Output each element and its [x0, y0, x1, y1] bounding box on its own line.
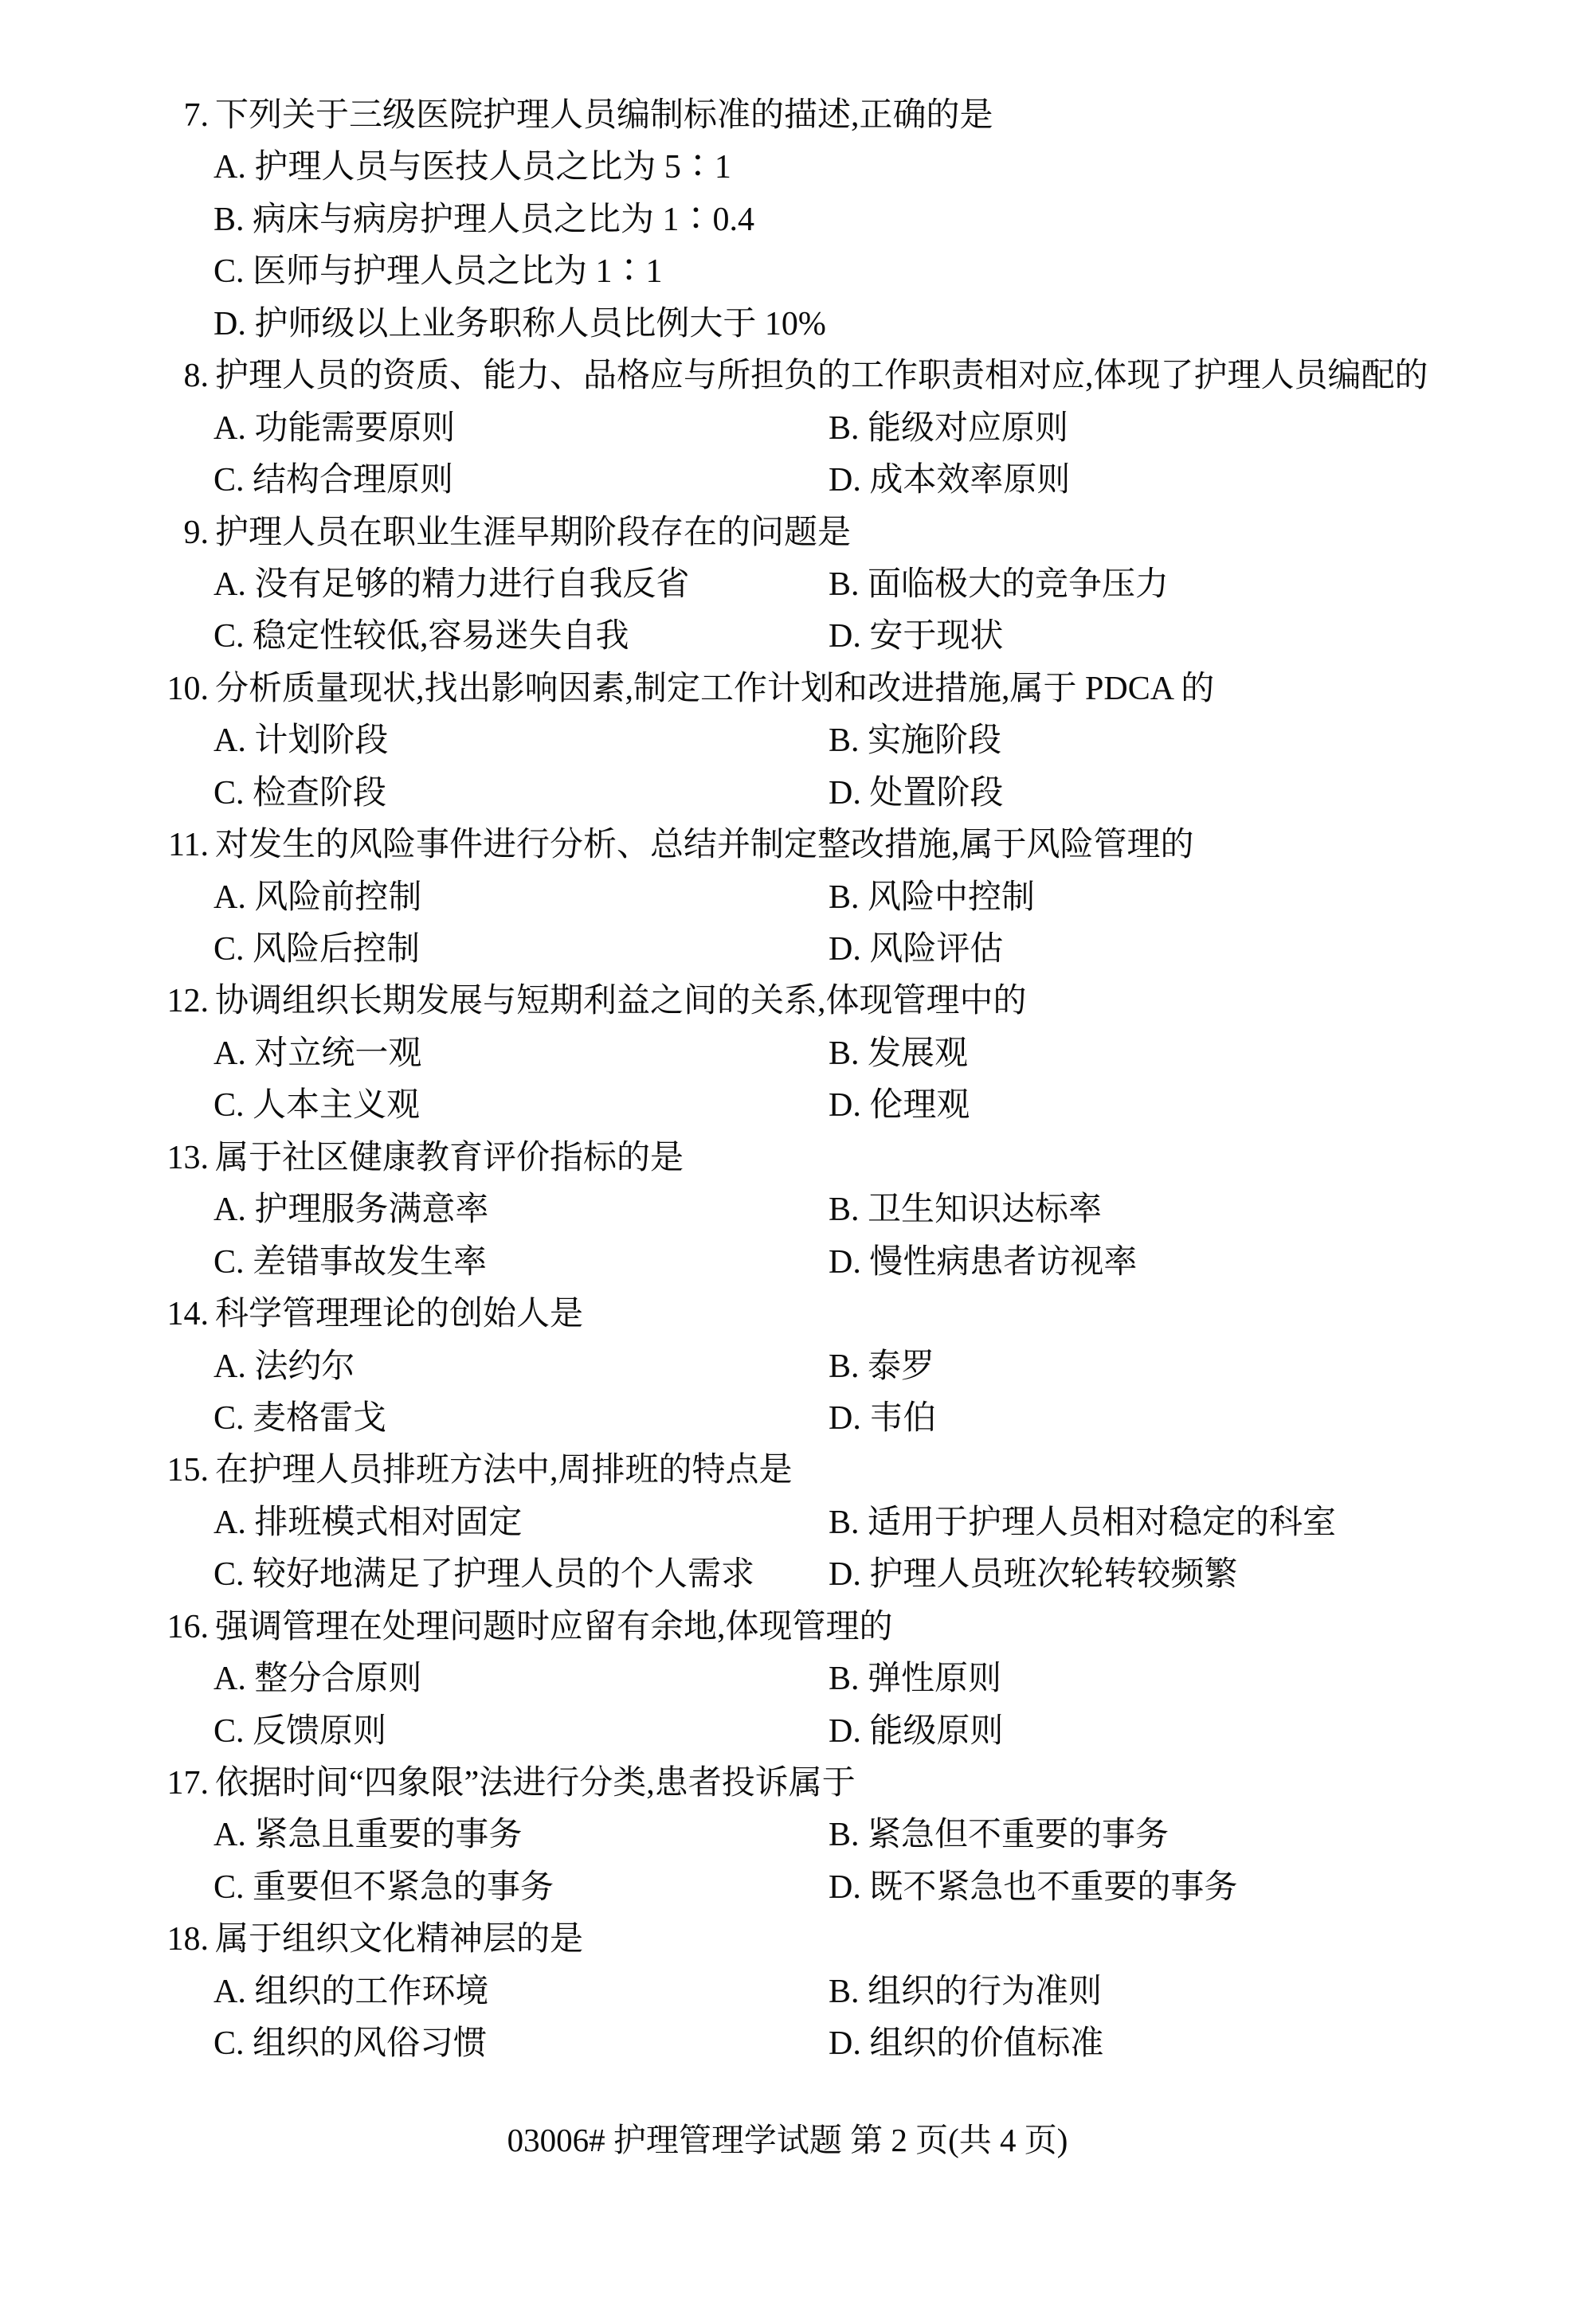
- question-15: 15. 在护理人员排班方法中,周排班的特点是: [0, 1450, 1575, 1502]
- option-text: A. 护理人员与医技人员之比为 5∶1: [214, 149, 731, 186]
- question-9-options-ab: A. 没有足够的精力进行自我反省 B. 面临极大的竞争压力: [0, 565, 1575, 616]
- question-13-options-cd: C. 差错事故发生率 D. 慢性病患者访视率: [0, 1242, 1575, 1294]
- option-text: A. 功能需要原则: [214, 409, 829, 460]
- option-text: A. 风险前控制: [214, 878, 829, 929]
- option-text: B. 面临极大的竞争压力: [829, 565, 1169, 616]
- question-17-options-cd: C. 重要但不紧急的事务 D. 既不紧急也不重要的事务: [0, 1868, 1575, 1919]
- option-text: D. 组织的价值标准: [829, 2024, 1103, 2076]
- question-8-options-ab: A. 功能需要原则 B. 能级对应原则: [0, 409, 1575, 460]
- option-text: C. 重要但不紧急的事务: [214, 1868, 829, 1919]
- question-14-options-cd: C. 麦格雷戈 D. 韦伯: [0, 1399, 1575, 1450]
- option-text: C. 麦格雷戈: [214, 1399, 829, 1450]
- question-11: 11. 对发生的风险事件进行分析、总结并制定整改措施,属于风险管理的: [0, 825, 1575, 877]
- question-13-number: 13.: [0, 1138, 209, 1190]
- option-text: D. 安于现状: [829, 616, 1003, 668]
- option-text: D. 成本效率原则: [829, 460, 1070, 512]
- question-18-options-cd: C. 组织的风俗习惯 D. 组织的价值标准: [0, 2024, 1575, 2076]
- option-text: B. 风险中控制: [829, 878, 1035, 929]
- question-18: 18. 属于组织文化精神层的是: [0, 1919, 1575, 1971]
- option-text: B. 泰罗: [829, 1347, 934, 1399]
- option-text: C. 结构合理原则: [214, 460, 829, 512]
- option-text: C. 检查阶段: [214, 773, 829, 825]
- option-text: A. 法约尔: [214, 1347, 829, 1399]
- option-text: D. 风险评估: [829, 929, 1003, 981]
- question-7-option-b: B. 病床与病房护理人员之比为 1∶0.4: [0, 200, 1575, 252]
- option-text: C. 稳定性较低,容易迷失自我: [214, 616, 829, 668]
- option-text: D. 既不紧急也不重要的事务: [829, 1868, 1237, 1919]
- question-12-number: 12.: [0, 981, 209, 1033]
- option-text: B. 紧急但不重要的事务: [829, 1815, 1169, 1867]
- question-17: 17. 依据时间“四象限”法进行分类,患者投诉属于: [0, 1763, 1575, 1815]
- question-10: 10. 分析质量现状,找出影响因素,制定工作计划和改进措施,属于 PDCA 的: [0, 669, 1575, 721]
- question-17-number: 17.: [0, 1763, 209, 1815]
- exam-paper-page: 7. 下列关于三级医院护理人员编制标准的描述,正确的是 A. 护理人员与医技人员…: [0, 0, 1575, 2324]
- question-16-number: 16.: [0, 1607, 209, 1659]
- question-16-options-ab: A. 整分合原则 B. 弹性原则: [0, 1659, 1575, 1711]
- question-12-stem: 协调组织长期发展与短期利益之间的关系,体现管理中的: [215, 981, 1027, 1033]
- question-7-option-d: D. 护师级以上业务职称人员比例大于 10%: [0, 304, 1575, 356]
- question-7-stem: 下列关于三级医院护理人员编制标准的描述,正确的是: [215, 96, 993, 147]
- question-13-options-ab: A. 护理服务满意率 B. 卫生知识达标率: [0, 1190, 1575, 1242]
- option-text: B. 病床与病房护理人员之比为 1∶0.4: [214, 201, 754, 238]
- option-text: A. 整分合原则: [214, 1659, 829, 1711]
- question-8-number: 8.: [0, 356, 209, 408]
- question-18-stem: 属于组织文化精神层的是: [215, 1919, 583, 1971]
- option-text: A. 护理服务满意率: [214, 1190, 829, 1242]
- option-text: B. 能级对应原则: [829, 409, 1068, 460]
- question-14-stem: 科学管理理论的创始人是: [215, 1294, 583, 1346]
- question-7: 7. 下列关于三级医院护理人员编制标准的描述,正确的是: [0, 96, 1575, 147]
- option-text: D. 伦理观: [829, 1086, 970, 1137]
- question-9-number: 9.: [0, 513, 209, 565]
- option-text: B. 实施阶段: [829, 721, 1001, 773]
- question-12: 12. 协调组织长期发展与短期利益之间的关系,体现管理中的: [0, 981, 1575, 1033]
- option-text: C. 人本主义观: [214, 1086, 829, 1137]
- question-11-number: 11.: [0, 825, 209, 877]
- question-18-options-ab: A. 组织的工作环境 B. 组织的行为准则: [0, 1972, 1575, 2024]
- question-15-options-ab: A. 排班模式相对固定 B. 适用于护理人员相对稳定的科室: [0, 1503, 1575, 1555]
- option-text: C. 较好地满足了护理人员的个人需求: [214, 1555, 829, 1606]
- question-12-options-ab: A. 对立统一观 B. 发展观: [0, 1034, 1575, 1086]
- option-text: D. 慢性病患者访视率: [829, 1242, 1137, 1294]
- question-16: 16. 强调管理在处理问题时应留有余地,体现管理的: [0, 1607, 1575, 1659]
- option-text: C. 反馈原则: [214, 1712, 829, 1763]
- option-text: A. 组织的工作环境: [214, 1972, 829, 2024]
- option-text: B. 组织的行为准则: [829, 1972, 1102, 2024]
- question-16-stem: 强调管理在处理问题时应留有余地,体现管理的: [215, 1607, 893, 1659]
- option-text: D. 处置阶段: [829, 773, 1003, 825]
- option-text: C. 风险后控制: [214, 929, 829, 981]
- question-8: 8. 护理人员的资质、能力、品格应与所担负的工作职责相对应,体现了护理人员编配的: [0, 356, 1575, 408]
- question-16-options-cd: C. 反馈原则 D. 能级原则: [0, 1712, 1575, 1763]
- question-8-stem: 护理人员的资质、能力、品格应与所担负的工作职责相对应,体现了护理人员编配的: [215, 356, 1428, 408]
- question-14-options-ab: A. 法约尔 B. 泰罗: [0, 1347, 1575, 1399]
- question-11-options-ab: A. 风险前控制 B. 风险中控制: [0, 878, 1575, 929]
- option-text: B. 弹性原则: [829, 1659, 1001, 1711]
- question-7-option-a: A. 护理人员与医技人员之比为 5∶1: [0, 147, 1575, 199]
- option-text: A. 计划阶段: [214, 721, 829, 773]
- question-10-number: 10.: [0, 669, 209, 721]
- question-7-option-c: C. 医师与护理人员之比为 1∶1: [0, 252, 1575, 303]
- question-14: 14. 科学管理理论的创始人是: [0, 1294, 1575, 1346]
- page-footer: 03006# 护理管理学试题 第 2 页(共 4 页): [0, 2120, 1575, 2160]
- question-17-stem: 依据时间“四象限”法进行分类,患者投诉属于: [215, 1763, 856, 1815]
- option-text: B. 适用于护理人员相对稳定的科室: [829, 1503, 1336, 1555]
- question-9-options-cd: C. 稳定性较低,容易迷失自我 D. 安于现状: [0, 616, 1575, 668]
- option-text: A. 紧急且重要的事务: [214, 1815, 829, 1867]
- question-11-stem: 对发生的风险事件进行分析、总结并制定整改措施,属于风险管理的: [215, 825, 1194, 877]
- option-text: A. 没有足够的精力进行自我反省: [214, 565, 829, 616]
- option-text: B. 发展观: [829, 1034, 968, 1086]
- question-10-options-ab: A. 计划阶段 B. 实施阶段: [0, 721, 1575, 773]
- question-15-stem: 在护理人员排班方法中,周排班的特点是: [215, 1450, 793, 1502]
- option-text: A. 对立统一观: [214, 1034, 829, 1086]
- question-13: 13. 属于社区健康教育评价指标的是: [0, 1138, 1575, 1190]
- question-11-options-cd: C. 风险后控制 D. 风险评估: [0, 929, 1575, 981]
- question-15-options-cd: C. 较好地满足了护理人员的个人需求 D. 护理人员班次轮转较频繁: [0, 1555, 1575, 1606]
- question-10-options-cd: C. 检查阶段 D. 处置阶段: [0, 773, 1575, 825]
- question-18-number: 18.: [0, 1919, 209, 1971]
- option-text: D. 护师级以上业务职称人员比例大于 10%: [214, 306, 826, 342]
- option-text: B. 卫生知识达标率: [829, 1190, 1102, 1242]
- option-text: C. 医师与护理人员之比为 1∶1: [214, 253, 663, 290]
- question-15-number: 15.: [0, 1450, 209, 1502]
- question-10-stem: 分析质量现状,找出影响因素,制定工作计划和改进措施,属于 PDCA 的: [215, 669, 1214, 721]
- option-text: D. 护理人员班次轮转较频繁: [829, 1555, 1237, 1606]
- option-text: A. 排班模式相对固定: [214, 1503, 829, 1555]
- question-9-stem: 护理人员在职业生涯早期阶段存在的问题是: [215, 513, 851, 565]
- option-text: C. 差错事故发生率: [214, 1242, 829, 1294]
- option-text: D. 韦伯: [829, 1399, 936, 1450]
- question-12-options-cd: C. 人本主义观 D. 伦理观: [0, 1086, 1575, 1137]
- question-7-number: 7.: [0, 96, 209, 147]
- question-17-options-ab: A. 紧急且重要的事务 B. 紧急但不重要的事务: [0, 1815, 1575, 1867]
- option-text: C. 组织的风俗习惯: [214, 2024, 829, 2076]
- question-13-stem: 属于社区健康教育评价指标的是: [215, 1138, 684, 1190]
- question-9: 9. 护理人员在职业生涯早期阶段存在的问题是: [0, 513, 1575, 565]
- option-text: D. 能级原则: [829, 1712, 1003, 1763]
- question-8-options-cd: C. 结构合理原则 D. 成本效率原则: [0, 460, 1575, 512]
- question-14-number: 14.: [0, 1294, 209, 1346]
- questions-area: 7. 下列关于三级医院护理人员编制标准的描述,正确的是 A. 护理人员与医技人员…: [0, 96, 1575, 2076]
